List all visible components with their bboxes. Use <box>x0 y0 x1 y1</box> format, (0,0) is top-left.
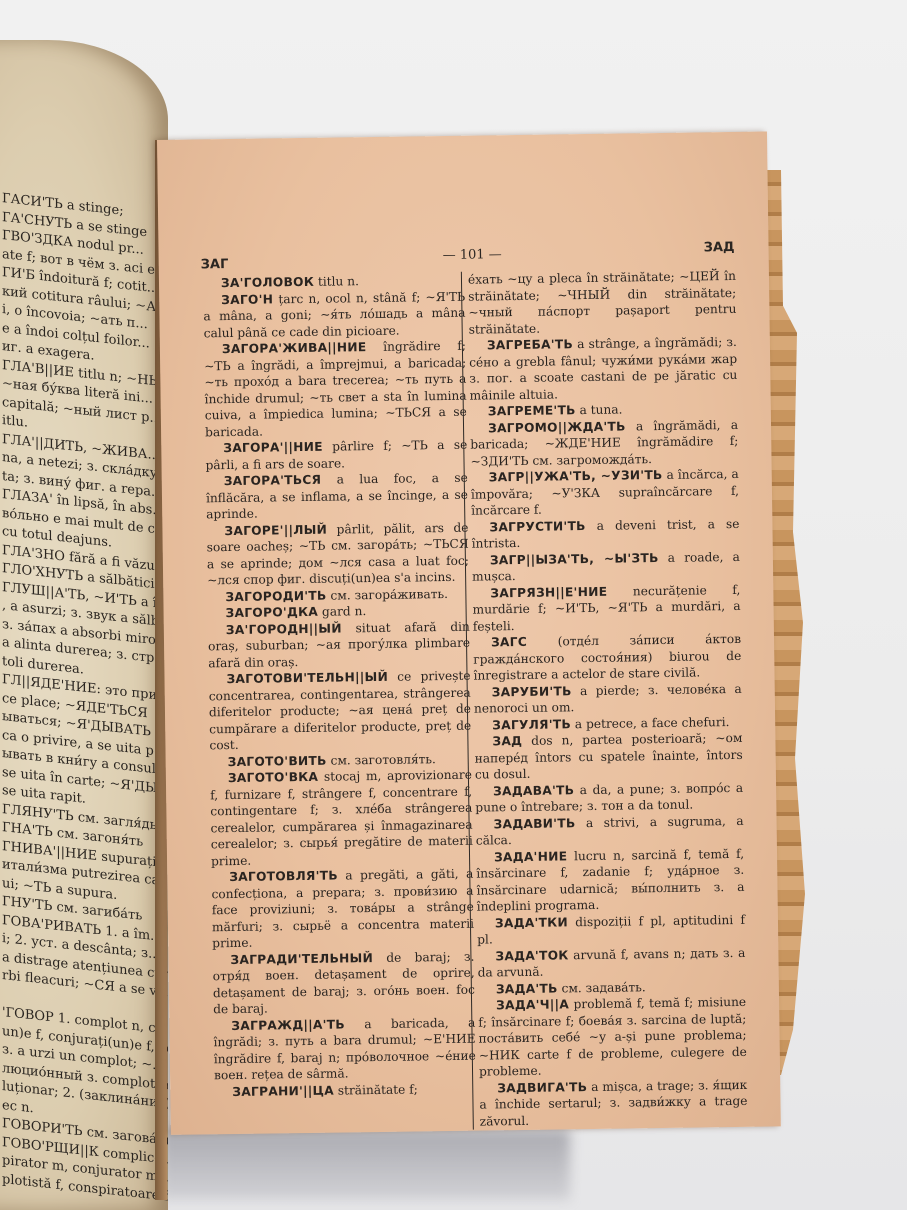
dictionary-entry: ЗАГОРА'ТЬСЯ a lua foc, a se înflăcăra, a… <box>206 470 469 523</box>
dictionary-entry: ЗАГРАЖД||А'ТЬ a baricada, a îngrădi; з. … <box>213 1014 476 1084</box>
dictionary-entry: ЗАРУБИ'ТЬ a pierde; з. челове́ка a nenor… <box>474 680 742 717</box>
headword: ЗА'ГОРОДН||ЫЙ <box>226 621 342 637</box>
dictionary-entry: ЗАГРАНИ'||ЦА străinătate f; <box>214 1080 476 1100</box>
headword: ЗАГОТО'ВИТЬ <box>228 753 327 768</box>
dictionary-entry: ЗАГО'Н țarc n, ocol n, stână f; ~Я'ТЬ a … <box>203 288 466 341</box>
headword: ЗАГР||УЖА'ТЬ, ~УЗИ'ТЬ <box>489 468 663 484</box>
headword: ЗАДА'ТКИ <box>495 915 568 930</box>
headword: ЗАГОРА'||НИЕ <box>223 440 323 455</box>
page-shadow <box>160 1130 570 1200</box>
headword: ЗАДА'ТЬ <box>496 981 558 996</box>
dictionary-entry: ЗАГРОМО||ЖДА'ТЬ a îngrămădi, a baricada;… <box>470 416 739 469</box>
column-left: ЗА'ГОЛОВОК titlu n.ЗАГО'Н țarc n, ocol n… <box>203 272 476 1101</box>
headword: ЗАГОРА'ЖИВА||НИЕ <box>222 340 367 356</box>
headword: ЗАГС <box>491 635 527 650</box>
column-right: е́хать ~цу a pleca în străinătate; ~ЦЕЙ … <box>461 268 748 1130</box>
headword: ЗАГРЕБА'ТЬ <box>487 337 573 352</box>
dictionary-entry: ЗАДА'Ч||А problemă f, temă f; misiune f;… <box>478 994 747 1080</box>
dictionary-entry: ЗАГРАДИ'ТЕЛЬНЫЙ de baraj; з. отря́д воен… <box>212 948 475 1018</box>
headword: ЗАГОТОВИ'ТЕЛЬН||ЫЙ <box>226 670 388 686</box>
dictionary-page: ЗАГ — 101 — ЗАД ЗА'ГОЛОВОК titlu n.ЗАГО'… <box>157 131 781 1134</box>
dictionary-entry: ЗАДАВА'ТЬ a da, a pune; з. вопро́с a pun… <box>475 779 743 816</box>
dictionary-entry: ЗАДА'ТКИ dispoziții f pl, aptitudini f p… <box>477 911 745 948</box>
headword: ЗАГОРОДИ'ТЬ <box>225 588 326 603</box>
headword: ЗАГО'Н <box>221 292 273 307</box>
dictionary-entry: е́хать ~цу a pleca în străinătate; ~ЦЕЙ … <box>468 268 737 338</box>
headword: ЗАГОТОВЛЯ'ТЬ <box>229 869 338 885</box>
headword: ЗАРУБИ'ТЬ <box>492 684 572 699</box>
left-page: ГАСИ'ТЬ a stinge;ГА'СНУТЬ a se stingeГВО… <box>0 40 168 1210</box>
headword: ЗАГОРО'ДКА <box>226 605 319 620</box>
definition-text: см. заготовля́ть. <box>327 752 436 768</box>
dictionary-entry: ЗАГОРА'ЖИВА||НИЕ îngrădire f; ~ТЬ a îngr… <box>204 338 467 441</box>
headword: ЗАДА'Ч||А <box>496 997 569 1012</box>
definition-text: gard n. <box>318 604 366 619</box>
headword: ЗАГРАДИ'ТЕЛЬНЫЙ <box>230 951 373 967</box>
definition-text: a petrece, a face chefuri. <box>571 715 730 731</box>
dictionary-entry: ЗАГРЕБА'ТЬ a strânge, a îngrămădi; з. се… <box>469 334 738 404</box>
headword: ЗАГРУСТИ'ТЬ <box>489 519 585 534</box>
headword: ЗАГУЛЯ'ТЬ <box>492 717 571 732</box>
headword: ЗАГОТО'ВКА <box>228 770 318 785</box>
dictionary-entry: ЗАГОРА'||НИЕ pârlire f; ~ТЬ a se pârli, … <box>205 437 467 474</box>
headword: ЗАГРЕМЕ'ТЬ <box>488 403 576 418</box>
dictionary-entry: ЗАДАВИ'ТЬ a strivi, a sugruma, a călca. <box>475 812 743 849</box>
page-number: — 101 — <box>443 247 502 263</box>
definition-text: см. задава́ть. <box>558 980 646 995</box>
dictionary-entry: ЗАДА'НИЕ lucru n, sarcină f, temă f, îns… <box>476 845 745 915</box>
headword: ЗАГРАНИ'||ЦА <box>232 1083 334 1098</box>
definition-text: a tuna. <box>576 403 623 418</box>
definition-text: străinătate f; <box>334 1082 418 1097</box>
right-guide-word: ЗАД <box>704 240 735 255</box>
dictionary-entry: ЗАГОТОВИ'ТЕЛЬН||ЫЙ ce privește concentra… <box>208 668 471 754</box>
dictionary-entry: ЗАДВИГА'ТЬ a mișca, a trage; з. я́щик a … <box>479 1076 748 1129</box>
headword: ЗАГОРА'ТЬСЯ <box>224 473 322 488</box>
dictionary-entry: ЗАГОТО'ВКА stocaj m, aprovizionare f, fu… <box>210 767 473 870</box>
headword: ЗАГРАЖД||А'ТЬ <box>231 1017 345 1033</box>
dictionary-entry: ЗАДА'ТОК arvună f, avans n; дать з. a da… <box>477 944 745 981</box>
definition-text: titlu n. <box>314 274 359 289</box>
dictionary-entry: ЗАГС (отде́л за́писи а́ктов гражда́нског… <box>473 631 742 684</box>
dictionary-entry: ЗАД dos n, partea posterioară; ~ом напер… <box>474 730 743 783</box>
dictionary-entry: ЗАГРУСТИ'ТЬ a deveni trist, a se întrist… <box>471 515 739 552</box>
dictionary-entry: ЗАГОРЕ'||ЛЫЙ pârlit, pălit, ars de soare… <box>206 519 469 589</box>
dictionary-entry: ЗАГР||ЫЗА'ТЬ, ~Ы'ЗТЬ a roade, a mușca. <box>472 548 740 585</box>
headword: ЗА'ГОЛОВОК <box>221 275 314 290</box>
dictionary-entry: ЗАГР||УЖА'ТЬ, ~УЗИ'ТЬ a încărca, a împov… <box>471 466 740 519</box>
running-header: ЗАГ — 101 — ЗАД <box>199 244 729 271</box>
definition-text: е́хать ~цу a pleca în străinătate; ~ЦЕЙ … <box>468 269 737 336</box>
left-page-text: ГАСИ'ТЬ a stinge;ГА'СНУТЬ a se stingeГВО… <box>2 190 168 1207</box>
headword: ЗАДА'НИЕ <box>494 849 567 864</box>
dictionary-entry: ЗАГРЯЗН||Е'НИЕ necurățenie f, murdărie f… <box>472 581 741 634</box>
headword: ЗАДАВА'ТЬ <box>493 783 574 798</box>
headword: ЗАД <box>492 734 522 748</box>
headword: ЗАГРОМО||ЖДА'ТЬ <box>488 419 626 435</box>
headword: ЗАГР||ЫЗА'ТЬ, ~Ы'ЗТЬ <box>490 551 659 567</box>
headword: ЗАДАВИ'ТЬ <box>493 816 575 831</box>
headword: ЗАДА'ТОК <box>495 948 568 963</box>
dictionary-entry: ЗА'ГОРОДН||ЫЙ situat afară din oraș, sub… <box>208 618 471 671</box>
headword: ЗАДВИГА'ТЬ <box>497 1080 587 1095</box>
headword: ЗАГОРЕ'||ЛЫЙ <box>224 522 327 537</box>
headword: ЗАГРЯЗН||Е'НИЕ <box>490 584 607 600</box>
definition-text: см. загора́живать. <box>326 586 448 602</box>
dictionary-entry: ЗАГОТОВЛЯ'ТЬ a pregăti, a găti, a confec… <box>211 866 474 952</box>
left-guide-word: ЗАГ <box>201 257 229 272</box>
